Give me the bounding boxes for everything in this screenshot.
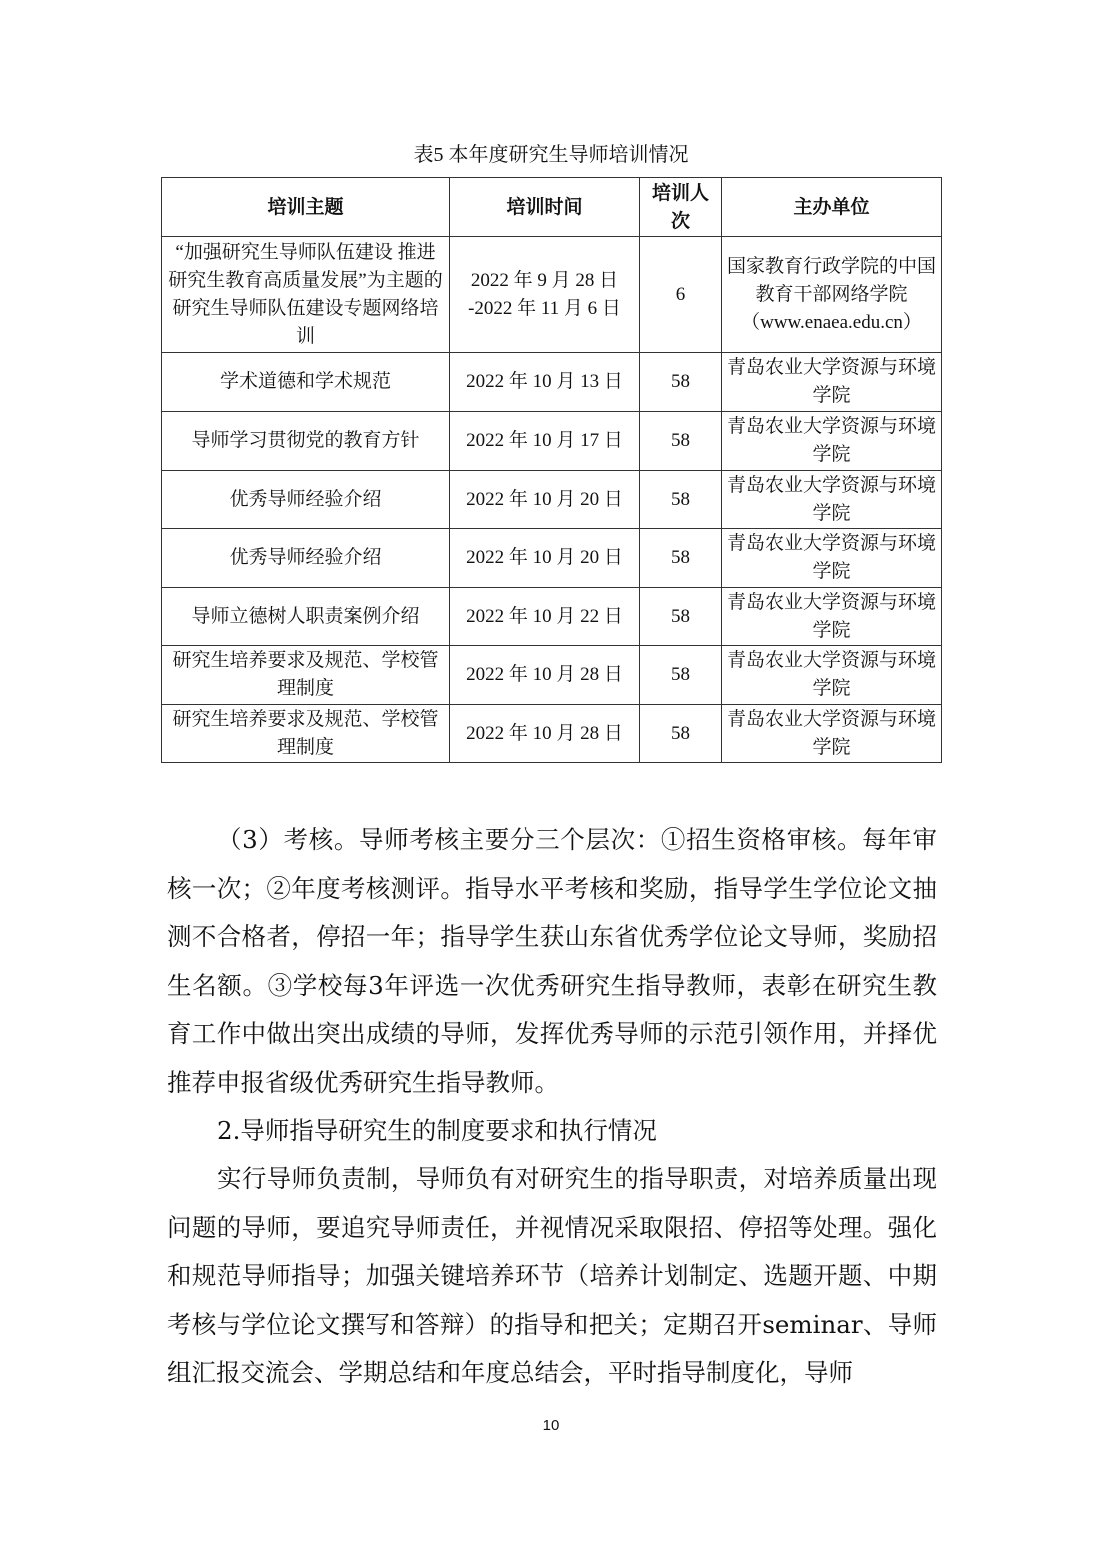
cell-organizer: 青岛农业大学资源与环境学院 bbox=[722, 529, 942, 588]
table-row: 导师立德树人职责案例介绍 2022 年 10 月 22 日 58 青岛农业大学资… bbox=[162, 588, 942, 646]
table-row: “加强研究生导师队伍建设 推进研究生教育高质量发展”为主题的研究生导师队伍建设专… bbox=[162, 237, 942, 353]
header-topic: 培训主题 bbox=[162, 178, 450, 237]
table-row: 研究生培养要求及规范、学校管理制度 2022 年 10 月 28 日 58 青岛… bbox=[162, 705, 942, 763]
cell-topic: 导师立德树人职责案例介绍 bbox=[162, 588, 450, 646]
table-caption: 表5 本年度研究生导师培训情况 bbox=[0, 140, 1102, 170]
table-row: 学术道德和学术规范 2022 年 10 月 13 日 58 青岛农业大学资源与环… bbox=[162, 353, 942, 412]
cell-topic: 学术道德和学术规范 bbox=[162, 353, 450, 412]
header-organizer: 主办单位 bbox=[722, 178, 942, 237]
cell-organizer: 青岛农业大学资源与环境学院 bbox=[722, 588, 942, 646]
paragraph-assessment: （3）考核。导师考核主要分三个层次：①招生资格审核。每年审核一次；②年度考核测评… bbox=[167, 816, 937, 1107]
cell-time: 2022 年 9 月 28 日 -2022 年 11 月 6 日 bbox=[450, 237, 640, 353]
cell-time: 2022 年 10 月 17 日 bbox=[450, 412, 640, 471]
section-heading: 2.导师指导研究生的制度要求和执行情况 bbox=[167, 1107, 937, 1156]
cell-organizer: 国家教育行政学院的中国教育干部网络学院（www.enaea.edu.cn） bbox=[722, 237, 942, 353]
cell-count: 58 bbox=[640, 353, 722, 412]
cell-topic: 导师学习贯彻党的教育方针 bbox=[162, 412, 450, 471]
cell-topic: 研究生培养要求及规范、学校管理制度 bbox=[162, 705, 450, 763]
table-row: 研究生培养要求及规范、学校管理制度 2022 年 10 月 28 日 58 青岛… bbox=[162, 646, 942, 705]
cell-topic: “加强研究生导师队伍建设 推进研究生教育高质量发展”为主题的研究生导师队伍建设专… bbox=[162, 237, 450, 353]
table-row: 优秀导师经验介绍 2022 年 10 月 20 日 58 青岛农业大学资源与环境… bbox=[162, 471, 942, 529]
cell-count: 58 bbox=[640, 705, 722, 763]
training-table: 培训主题 培训时间 培训人次 主办单位 “加强研究生导师队伍建设 推进研究生教育… bbox=[161, 177, 942, 763]
header-count: 培训人次 bbox=[640, 178, 722, 237]
cell-organizer: 青岛农业大学资源与环境学院 bbox=[722, 353, 942, 412]
table-header-row: 培训主题 培训时间 培训人次 主办单位 bbox=[162, 178, 942, 237]
cell-organizer: 青岛农业大学资源与环境学院 bbox=[722, 646, 942, 705]
cell-time: 2022 年 10 月 20 日 bbox=[450, 529, 640, 588]
cell-time: 2022 年 10 月 28 日 bbox=[450, 646, 640, 705]
cell-organizer: 青岛农业大学资源与环境学院 bbox=[722, 412, 942, 471]
cell-organizer: 青岛农业大学资源与环境学院 bbox=[722, 471, 942, 529]
cell-time: 2022 年 10 月 20 日 bbox=[450, 471, 640, 529]
table-row: 导师学习贯彻党的教育方针 2022 年 10 月 17 日 58 青岛农业大学资… bbox=[162, 412, 942, 471]
cell-topic: 优秀导师经验介绍 bbox=[162, 529, 450, 588]
cell-count: 6 bbox=[640, 237, 722, 353]
cell-count: 58 bbox=[640, 471, 722, 529]
cell-count: 58 bbox=[640, 529, 722, 588]
cell-count: 58 bbox=[640, 646, 722, 705]
cell-time: 2022 年 10 月 13 日 bbox=[450, 353, 640, 412]
cell-time: 2022 年 10 月 22 日 bbox=[450, 588, 640, 646]
cell-count: 58 bbox=[640, 412, 722, 471]
cell-topic: 优秀导师经验介绍 bbox=[162, 471, 450, 529]
header-time: 培训时间 bbox=[450, 178, 640, 237]
table-row: 优秀导师经验介绍 2022 年 10 月 20 日 58 青岛农业大学资源与环境… bbox=[162, 529, 942, 588]
cell-count: 58 bbox=[640, 588, 722, 646]
cell-time: 2022 年 10 月 28 日 bbox=[450, 705, 640, 763]
cell-topic: 研究生培养要求及规范、学校管理制度 bbox=[162, 646, 450, 705]
paragraph-supervision: 实行导师负责制，导师负有对研究生的指导职责，对培养质量出现问题的导师，要追究导师… bbox=[167, 1155, 937, 1398]
cell-organizer: 青岛农业大学资源与环境学院 bbox=[722, 705, 942, 763]
page-number: 10 bbox=[0, 1417, 1102, 1434]
